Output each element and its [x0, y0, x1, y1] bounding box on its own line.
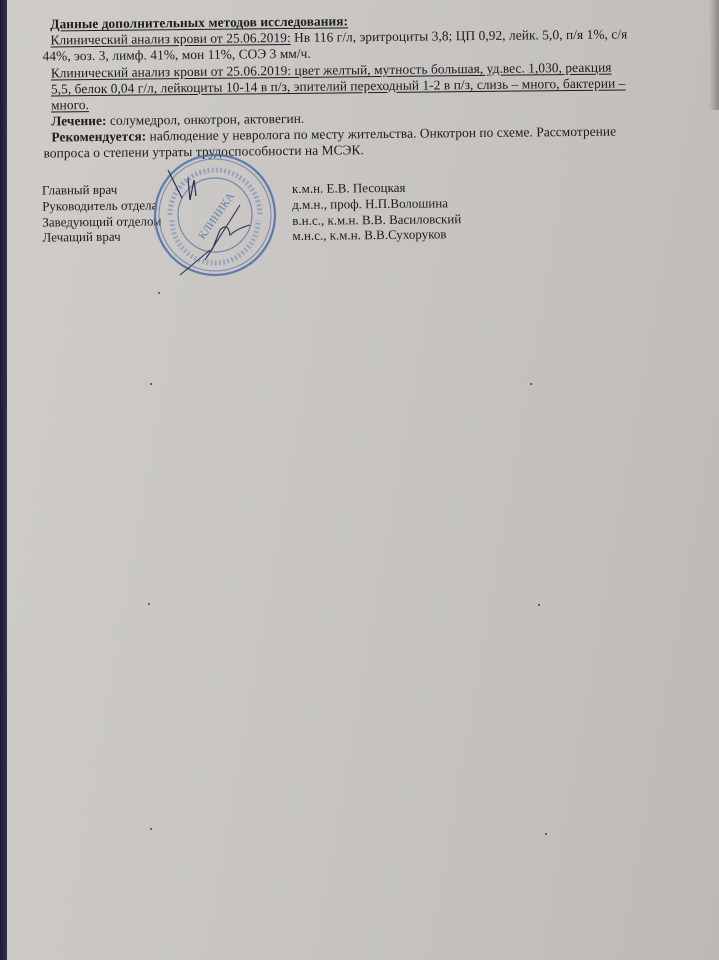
paper-speck — [158, 292, 160, 294]
urine-test-line3: много. — [51, 97, 89, 113]
signature-name: к.м.н. Е.В. Песоцкая — [292, 179, 461, 197]
paper-speck — [150, 828, 152, 830]
blood-test-values: Нв 116 г/л, эритроциты 3,8; ЦП 0,92, лей… — [291, 26, 628, 45]
treatment-label: Лечение: — [51, 113, 106, 129]
signature-name: в.н.с., к.м.н. В.В. Василовский — [292, 211, 461, 229]
paper-speck — [545, 833, 547, 835]
treatment-text: солумедрол, онкотрон, актовегин. — [106, 111, 304, 128]
paper-fold-shadow — [709, 0, 719, 110]
signature-role: Лечащий врач — [42, 229, 161, 246]
paper-speck — [530, 383, 532, 385]
signature-roles: Главный врач Руководитель отдела Заведую… — [42, 181, 162, 245]
blood-test-line2: 44%, эоз. 3, лимф. 41%, мон 11%, СОЭ 3 м… — [43, 46, 311, 65]
signature-role: Руководитель отдела — [42, 197, 161, 214]
signature-role: Главный врач — [42, 181, 161, 198]
signature-role: Заведующий отделом — [42, 213, 161, 230]
signature-name: д.м.н., проф. Н.П.Волошина — [292, 195, 461, 213]
signature-name: м.н.с., к.м.н. В.В.Сухоруков — [292, 227, 461, 245]
paper-speck — [538, 604, 540, 606]
blood-test-label: Клинический анализ крови от 25.06.2019: — [50, 30, 290, 48]
paper-speck — [148, 603, 150, 605]
round-seal-stamp-icon: КЛИНИКА — [150, 150, 280, 280]
recommendation-label: Рекомендуется: — [51, 128, 146, 144]
paper-speck — [150, 383, 152, 385]
signature-names: к.м.н. Е.В. Песоцкая д.м.н., проф. Н.П.В… — [292, 179, 462, 244]
